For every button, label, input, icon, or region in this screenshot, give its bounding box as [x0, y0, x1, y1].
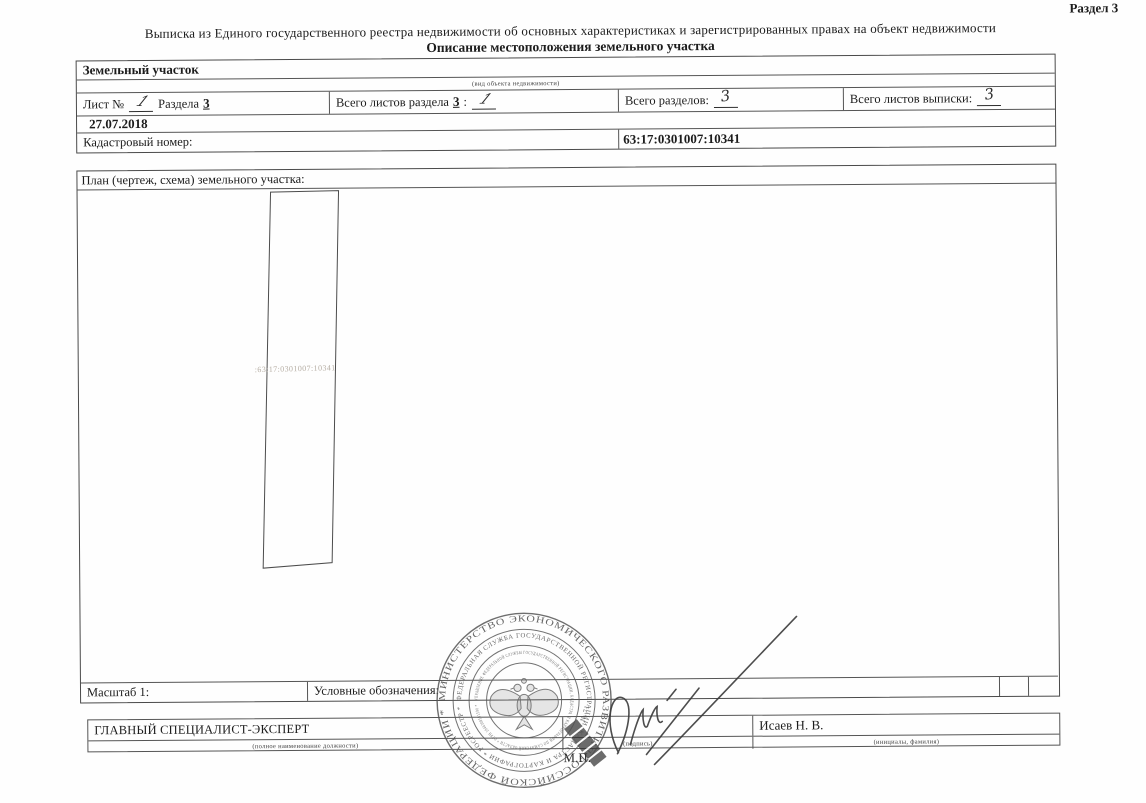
plan-title: План (чертеж, схема) земельного участка: — [81, 171, 304, 188]
scanned-sheet: Раздел 3 Выписка из Единого государствен… — [0, 0, 1146, 803]
total-sections-value-handwritten: 3 — [720, 89, 731, 103]
section-sheets-underline: 1 — [472, 94, 496, 110]
sheet-number-underline: 1 — [129, 96, 153, 112]
total-sheets-cell: Всего листов выписки: 3 — [844, 87, 1055, 110]
footer-empty-cell-1 — [1000, 677, 1029, 696]
cadastral-label: Кадастровый номер: — [83, 135, 192, 151]
signature-loop — [610, 697, 629, 754]
sheet-number-handwritten: 1 — [133, 96, 150, 109]
sheet-section-label: Раздела — [158, 96, 199, 111]
parcel-cadastral-label: :63:17:0301007:10341 — [255, 363, 336, 374]
handwritten-signature — [541, 593, 822, 795]
document-page: Раздел 3 Выписка из Единого государствен… — [0, 0, 1146, 803]
cadastral-number-cell: 63:17:0301007:10341 — [619, 127, 1055, 149]
eagle-right-beak — [534, 688, 537, 689]
eagle-tail — [516, 716, 532, 729]
sheet-label: Лист № — [83, 97, 124, 112]
parcel-outline — [261, 191, 342, 569]
eagle-left-wing — [490, 689, 521, 715]
footer-empty-cell-2 — [1029, 677, 1058, 696]
section-sheets-colon: : — [463, 94, 467, 109]
eagle-left-beak — [511, 688, 514, 689]
cadastral-number: 63:17:0301007:10341 — [623, 130, 740, 147]
signature-zigzag — [630, 706, 662, 744]
extract-date: 27.07.2018 — [77, 116, 148, 132]
total-sheets-label: Всего листов выписки: — [850, 91, 972, 107]
scale-cell: Масштаб 1: — [81, 682, 308, 703]
object-type: Земельный участок — [77, 62, 199, 79]
total-sheets-value-handwritten: 3 — [983, 87, 994, 101]
section-sheets-cell: Всего листов раздела 3 : 1 — [330, 90, 619, 114]
scale-label: Масштаб 1: — [87, 685, 149, 700]
section-label: Раздел 3 — [1069, 0, 1118, 16]
total-sections-label: Всего разделов: — [625, 93, 709, 109]
name-caption: (инициалы, фамилия) — [874, 738, 940, 745]
signature-mid-slash — [646, 688, 699, 754]
eagle-left-head — [514, 684, 521, 691]
position-title: ГЛАВНЫЙ СПЕЦИАЛИСТ-ЭКСПЕРТ — [94, 721, 309, 738]
eagle-crown — [522, 678, 527, 683]
eagle-body — [517, 694, 531, 716]
position-caption: (полное наименование должности) — [252, 742, 358, 750]
object-type-caption: (вид объекта недвижимости) — [472, 80, 560, 88]
eagle-right-head — [527, 684, 534, 691]
signature-tick — [667, 689, 676, 700]
section-sheets-value-handwritten: 1 — [476, 94, 493, 107]
sheet-section-number: 3 — [203, 96, 210, 112]
total-sheets-underline: 3 — [977, 90, 1001, 106]
cadastral-label-cell: Кадастровый номер: — [77, 130, 619, 153]
total-sections-underline: 3 — [714, 92, 738, 108]
section-sheets-label: Всего листов раздела — [336, 94, 449, 110]
header-table: Земельный участок (вид объекта недвижимо… — [76, 54, 1057, 154]
total-sections-cell: Всего разделов: 3 — [619, 88, 844, 112]
section-sheets-section-number: 3 — [453, 94, 460, 110]
legend-label: Условные обозначения: — [314, 683, 439, 699]
sheet-cell: Лист № 1 Раздела 3 — [77, 92, 330, 116]
